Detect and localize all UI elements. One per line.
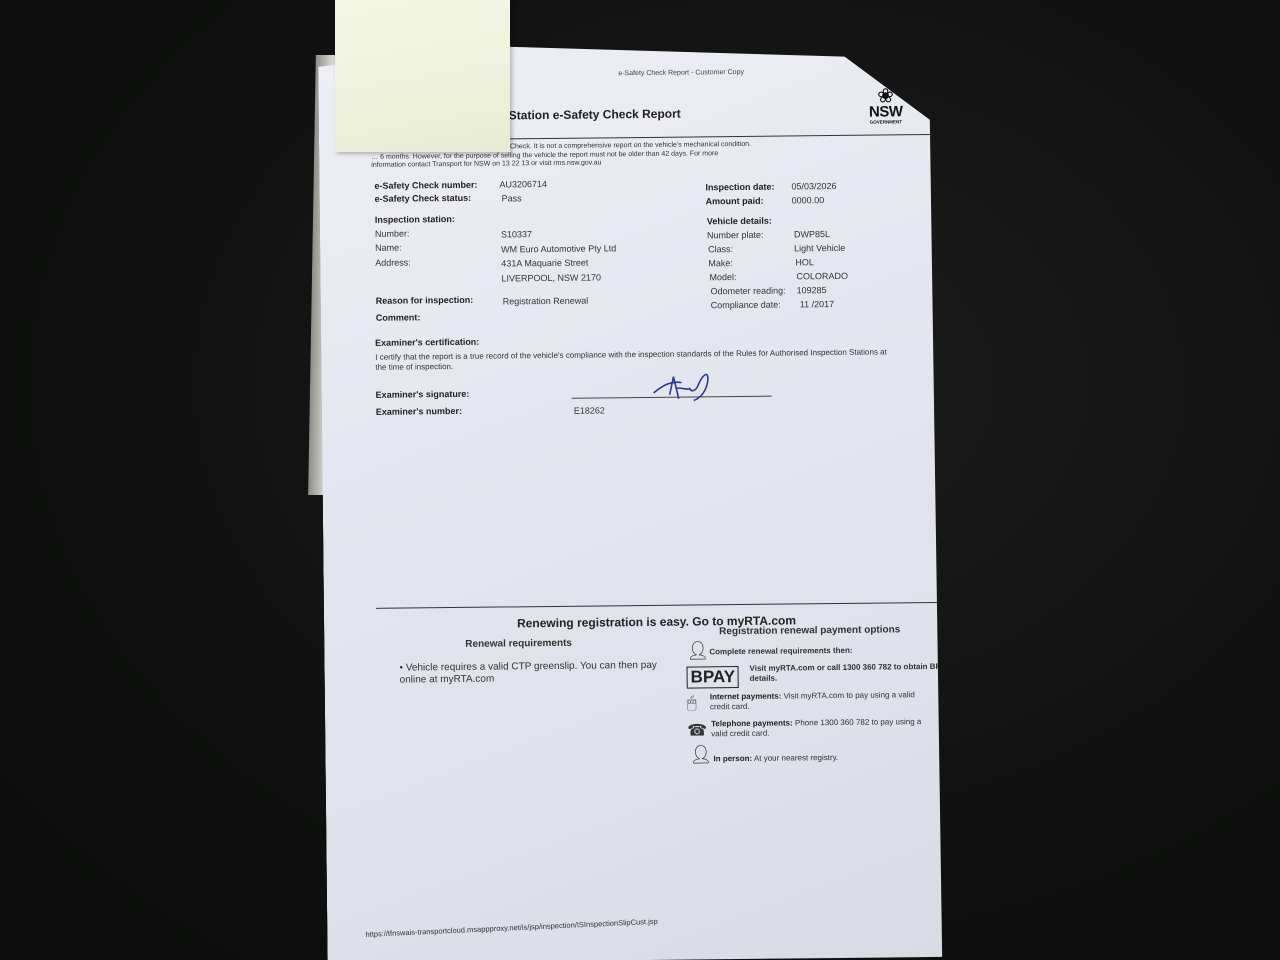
class-value: Light Vehicle (794, 243, 845, 254)
requirement-item: • Vehicle requires a valid CTP greenslip… (399, 660, 679, 687)
page-number: 1/1 (967, 890, 977, 897)
bpay-text: Visit myRTA.com or call 1300 360 782 to … (749, 662, 974, 684)
station-heading: Inspection station: (375, 214, 455, 225)
reason-value: Registration Renewal (503, 296, 589, 307)
safety-check-report-page: e-Safety Check Report - Customer Copy St… (318, 42, 978, 960)
amount-paid-label: Amount paid: (706, 196, 764, 207)
station-name-label: Name: (375, 243, 402, 253)
check-number-label: e-Safety Check number: (374, 180, 477, 191)
check-status-label: e-Safety Check status: (375, 193, 472, 204)
check-number-value: AU3206714 (499, 179, 547, 189)
check-status-value: Pass (502, 193, 522, 203)
station-name-value: WM Euro Automotive Pty Ltd (501, 243, 616, 254)
person-icon: 👤︎ (689, 744, 712, 765)
payment-intro: Complete renewal requirements then: (709, 645, 934, 657)
examiner-number-value: E18262 (574, 405, 605, 415)
model-value: COLORADO (796, 271, 848, 282)
certification-text: I certify that the report is a true reco… (375, 347, 895, 372)
odometer-label: Odometer reading: (711, 286, 786, 297)
station-address-line2: LIVERPOOL, NSW 2170 (501, 272, 601, 283)
telephone-payments: Telephone payments: Phone 1300 360 782 t… (711, 717, 936, 739)
plate-label: Number plate: (707, 230, 764, 241)
station-number-label: Number: (375, 228, 410, 238)
requirements-heading: Renewal requirements (465, 638, 572, 650)
station-address-label: Address: (375, 257, 411, 267)
station-number-value: S10337 (501, 229, 532, 239)
station-address-line1: 431A Maquarie Street (501, 258, 588, 269)
examiner-number-label: Examiner's number: (376, 406, 462, 417)
inspection-date-label: Inspection date: (705, 182, 774, 193)
signature-label: Examiner's signature: (376, 389, 470, 400)
report-title: Station e-Safety Check Report (509, 107, 681, 123)
reason-label: Reason for inspection: (376, 295, 474, 306)
comment-label: Comment: (376, 312, 421, 322)
vehicle-heading: Vehicle details: (707, 216, 772, 227)
certification-heading: Examiner's certification: (375, 337, 479, 348)
payment-heading: Registration renewal payment options (719, 624, 900, 637)
mouse-icon: 🖱︎ (687, 694, 697, 712)
nsw-government-logo: ❀ NSW GOVERNMENT (863, 87, 907, 124)
odometer-value: 109285 (797, 285, 827, 295)
header-note: e-Safety Check Report - Customer Copy (618, 69, 744, 77)
telephone-icon: ☎ (687, 720, 707, 740)
model-label: Model: (709, 272, 736, 282)
bpay-logo: BPAY (687, 666, 740, 689)
compliance-value: 11 /2017 (800, 299, 834, 309)
examiner-signature (651, 362, 722, 413)
sticky-note (335, 0, 510, 152)
promo-divider (376, 602, 944, 609)
plate-value: DWP85L (794, 229, 830, 239)
amount-paid-value: 0000.00 (792, 195, 825, 205)
footer-url: https://tfnswais-transportcloud.msapppro… (365, 917, 658, 939)
in-person-payments: In person: At your nearest registry. (713, 752, 938, 764)
inspection-date-value: 05/03/2026 (791, 181, 836, 191)
class-label: Class: (708, 244, 733, 254)
make-label: Make: (708, 258, 733, 268)
make-value: HOL (795, 257, 814, 267)
person-icon: 👤︎ (686, 640, 709, 661)
internet-payments: Internet payments: Visit myRTA.com to pa… (710, 690, 935, 712)
compliance-label: Compliance date: (711, 300, 781, 311)
